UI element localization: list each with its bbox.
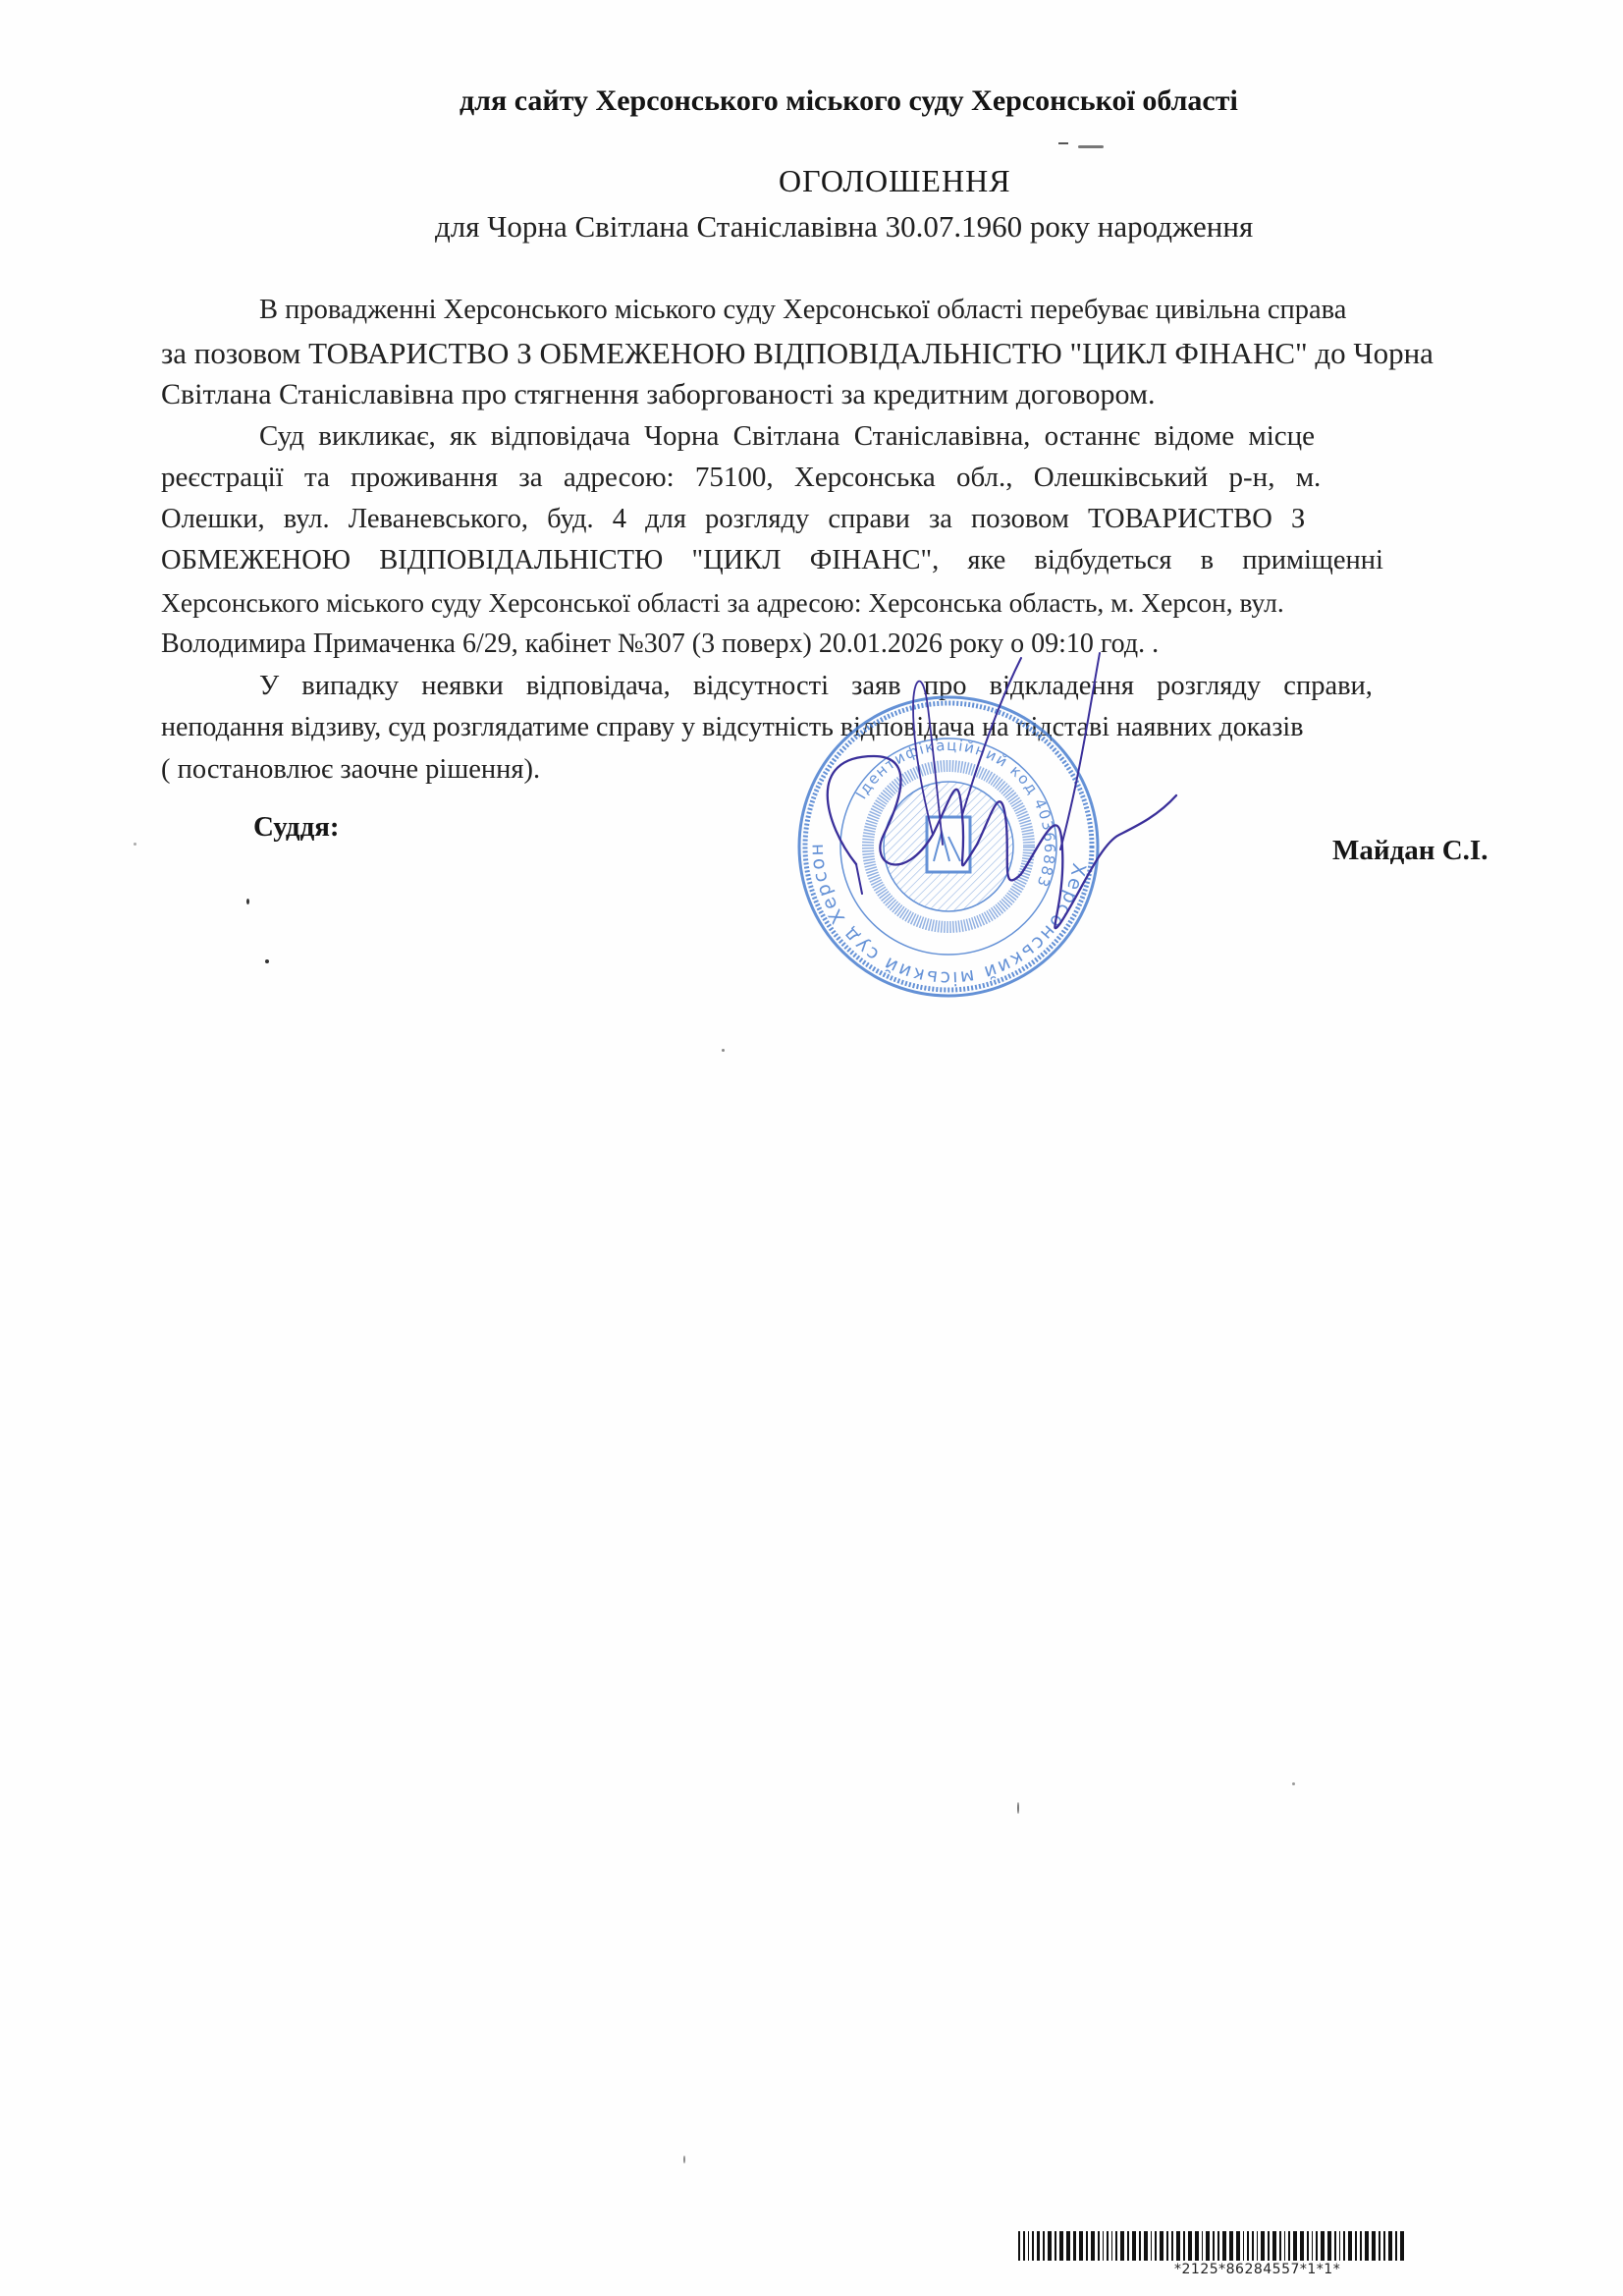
judge-name: Майдан С.І. [1332,837,1488,865]
scan-speck [246,899,249,904]
document-header: для сайту Херсонського міського суду Хер… [460,86,1238,116]
paragraph-3-line-3: ( постановлює заочне рішення). [161,756,540,785]
barcode [1018,2231,1523,2261]
signature-icon [766,648,1178,982]
paragraph-2-line-5: Херсонського міського суду Херсонської о… [161,589,1284,617]
document-page: для сайту Херсонського міського суду Хер… [0,0,1623,2296]
document-title: ОГОЛОШЕННЯ [779,165,1011,196]
paragraph-2-line-4: ОБМЕЖЕНОЮ ВІДПОВІДАЛЬНІСТЮ "ЦИКЛ ФІНАНС"… [161,547,1383,575]
scan-speck [265,959,269,963]
paragraph-2-line-2: реєстрації та проживання за адресою: 751… [161,464,1321,492]
paragraph-1-line-1: В провадженні Херсонського міського суду… [259,297,1551,325]
scan-mark [1078,145,1104,148]
judge-label: Суддя: [253,813,340,842]
scan-speck [134,843,136,846]
scan-speck [722,1049,725,1052]
scan-mark [1058,142,1068,144]
paragraph-2-line-3: Олешки, вул. Леваневського, буд. 4 для р… [161,506,1305,534]
barcode-number: *2125*86284557*1*1* [1174,2262,1340,2277]
scan-speck [1292,1782,1295,1785]
text-line: В провадженні Херсонського міського суду… [259,297,1346,325]
scan-speck [683,2156,685,2163]
paragraph-1-line-3: Світлана Станіславівна про стягнення заб… [161,380,1155,410]
document-subtitle: для Чорна Світлана Станіславівна 30.07.1… [435,211,1253,242]
paragraph-2-line-1: Суд викликає, як відповідача Чорна Світл… [259,422,1315,451]
paragraph-1-line-2: за позовом ТОВАРИСТВО З ОБМЕЖЕНОЮ ВІДПОВ… [161,338,1434,368]
scan-speck [1017,1802,1019,1814]
